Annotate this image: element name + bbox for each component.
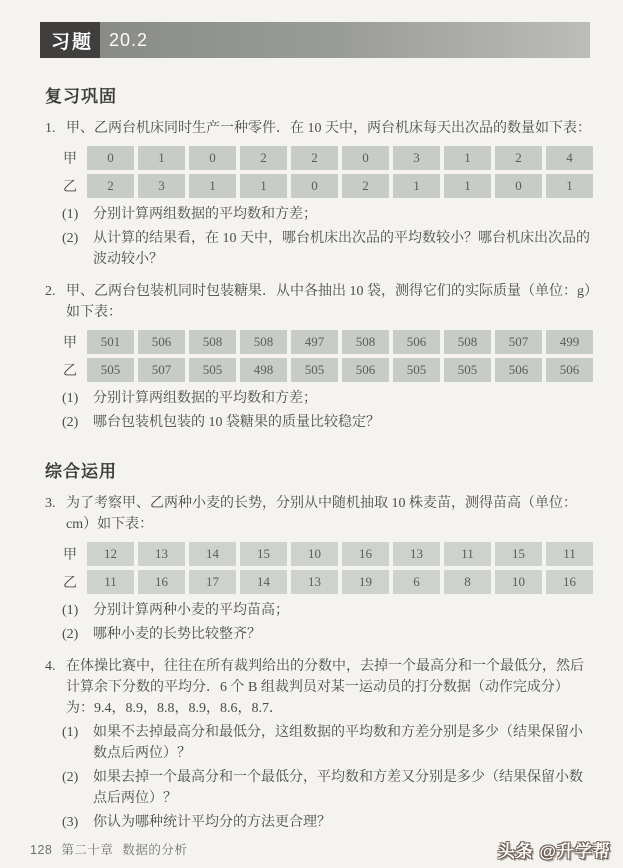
subquestion-text: 哪种小麦的长势比较整齐？ <box>93 624 593 645</box>
table-cell: 13 <box>291 570 338 594</box>
table-cell: 12 <box>87 542 134 566</box>
table-cell: 11 <box>444 542 491 566</box>
table-cell: 13 <box>138 542 185 566</box>
table-cell: 10 <box>495 570 542 594</box>
problem-2-subquestion-1: (1) 分别计算两组数据的平均数和方差； <box>45 388 593 409</box>
table-problem-2: 甲501506508508497508506508507499乙50550750… <box>57 330 593 382</box>
table-cell: 15 <box>240 542 287 566</box>
subquestion-marker: (2) <box>62 228 93 270</box>
table-cell: 505 <box>87 358 134 382</box>
subquestion-marker: (1) <box>62 722 93 764</box>
problem-text: 甲、乙两台机床同时生产一种零件．在 10 天中，两台机床每天出次品的数量如下表： <box>66 118 593 139</box>
table-cell: 501 <box>87 330 134 354</box>
section-title-review: 复习巩固 <box>45 82 593 107</box>
row-label: 甲 <box>57 542 83 566</box>
table-cell: 10 <box>291 542 338 566</box>
problem-4: 4. 在体操比赛中，往往在所有裁判给出的分数中，去掉一个最高分和一个最低分，然后… <box>45 656 593 719</box>
table-cell: 17 <box>189 570 236 594</box>
table-cell: 2 <box>87 174 134 198</box>
table-cell: 507 <box>138 358 185 382</box>
problem-number: 3. <box>45 493 66 535</box>
table-cell: 6 <box>393 570 440 594</box>
subquestion-text: 哪台包装机包装的 10 袋糖果的质量比较稳定？ <box>93 412 593 433</box>
table-row: 甲12131415101613111511 <box>57 542 593 566</box>
problem-2-subquestion-2: (2) 哪台包装机包装的 10 袋糖果的质量比较稳定？ <box>45 412 593 433</box>
table-row: 甲0102203124 <box>57 146 593 170</box>
row-label: 乙 <box>57 358 83 382</box>
table-cell: 3 <box>393 146 440 170</box>
problem-2: 2. 甲、乙两台包装机同时包装糖果．从中各抽出 10 袋，测得它们的实际质量（单… <box>45 281 593 323</box>
page-footer: 128第二十章数据的分析 <box>30 840 187 858</box>
table-cell: 1 <box>546 174 593 198</box>
row-label: 甲 <box>57 330 83 354</box>
table-cell: 8 <box>444 570 491 594</box>
subquestion-text: 你认为哪种统计平均分的方法更合理？ <box>93 812 593 833</box>
table-cell: 497 <box>291 330 338 354</box>
table-cell: 505 <box>393 358 440 382</box>
table-cell: 505 <box>444 358 491 382</box>
problem-text: 为了考察甲、乙两种小麦的长势，分别从中随机抽取 10 株麦苗，测得苗高（单位：c… <box>66 493 593 535</box>
problem-1-subquestion-1: (1) 分别计算两组数据的平均数和方差； <box>45 204 593 225</box>
table-cell: 2 <box>240 146 287 170</box>
table-cell: 0 <box>291 174 338 198</box>
table-cell: 1 <box>189 174 236 198</box>
table-cell: 506 <box>495 358 542 382</box>
subquestion-marker: (1) <box>62 388 93 409</box>
subquestion-text: 如果去掉一个最高分和一个最低分，平均数和方差又分别是多少（结果保留小数点后两位）… <box>93 767 593 809</box>
problem-1-subquestion-2: (2) 从计算的结果看，在 10 天中，哪台机床出次品的平均数较小？哪台机床出次… <box>45 228 593 270</box>
problem-3-subquestion-2: (2) 哪种小麦的长势比较整齐？ <box>45 624 593 645</box>
page-number: 128 <box>30 843 52 857</box>
subquestion-text: 分别计算两组数据的平均数和方差； <box>93 204 593 225</box>
table-cell: 0 <box>342 146 389 170</box>
table-row: 甲501506508508497508506508507499 <box>57 330 593 354</box>
subquestion-marker: (2) <box>62 624 93 645</box>
subquestion-text: 从计算的结果看，在 10 天中，哪台机床出次品的平均数较小？哪台机床出次品的波动… <box>93 228 593 270</box>
table-cell: 11 <box>546 542 593 566</box>
row-label: 乙 <box>57 570 83 594</box>
table-cell: 498 <box>240 358 287 382</box>
subquestion-marker: (2) <box>62 412 93 433</box>
page-content: 复习巩固 1. 甲、乙两台机床同时生产一种零件．在 10 天中，两台机床每天出次… <box>0 82 623 833</box>
problem-3-subquestion-1: (1) 分别计算两种小麦的平均苗高； <box>45 600 593 621</box>
problem-1: 1. 甲、乙两台机床同时生产一种零件．在 10 天中，两台机床每天出次品的数量如… <box>45 118 593 139</box>
table-cell: 4 <box>546 146 593 170</box>
table-cell: 506 <box>393 330 440 354</box>
problem-4-subquestion-2: (2) 如果去掉一个最高分和一个最低分，平均数和方差又分别是多少（结果保留小数点… <box>45 767 593 809</box>
problem-text: 在体操比赛中，往往在所有裁判给出的分数中，去掉一个最高分和一个最低分，然后计算余… <box>66 656 593 719</box>
table-cell: 15 <box>495 542 542 566</box>
table-cell: 508 <box>342 330 389 354</box>
table-cell: 19 <box>342 570 389 594</box>
table-row: 乙2311021101 <box>57 174 593 198</box>
table-cell: 3 <box>138 174 185 198</box>
table-cell: 0 <box>87 146 134 170</box>
subquestion-marker: (1) <box>62 600 93 621</box>
table-cell: 2 <box>495 146 542 170</box>
table-problem-1: 甲0102203124乙2311021101 <box>57 146 593 198</box>
table-cell: 508 <box>444 330 491 354</box>
exercise-header-bar: 习题 20.2 <box>40 22 590 58</box>
row-label: 甲 <box>57 146 83 170</box>
table-cell: 16 <box>546 570 593 594</box>
table-cell: 499 <box>546 330 593 354</box>
section-title-comprehensive: 综合运用 <box>45 457 593 482</box>
subquestion-text: 分别计算两种小麦的平均苗高； <box>93 600 593 621</box>
table-cell: 1 <box>240 174 287 198</box>
row-label: 乙 <box>57 174 83 198</box>
table-cell: 16 <box>138 570 185 594</box>
problem-number: 1. <box>45 118 66 139</box>
table-cell: 1 <box>444 146 491 170</box>
table-cell: 508 <box>240 330 287 354</box>
table-cell: 505 <box>189 358 236 382</box>
problem-number: 2. <box>45 281 66 323</box>
table-cell: 2 <box>291 146 338 170</box>
table-cell: 11 <box>87 570 134 594</box>
table-cell: 507 <box>495 330 542 354</box>
chapter-number: 第二十章 <box>61 843 113 857</box>
table-row: 乙111617141319681016 <box>57 570 593 594</box>
table-cell: 14 <box>189 542 236 566</box>
table-cell: 16 <box>342 542 389 566</box>
watermark: 头条 @升学帮 <box>498 837 611 862</box>
table-cell: 2 <box>342 174 389 198</box>
problem-number: 4. <box>45 656 66 719</box>
subquestion-marker: (3) <box>62 812 93 833</box>
problem-text: 甲、乙两台包装机同时包装糖果．从中各抽出 10 袋，测得它们的实际质量（单位：g… <box>66 281 593 323</box>
table-cell: 1 <box>138 146 185 170</box>
subquestion-text: 如果不去掉最高分和最低分，这组数据的平均数和方差分别是多少（结果保留小数点后两位… <box>93 722 593 764</box>
table-cell: 505 <box>291 358 338 382</box>
table-cell: 1 <box>444 174 491 198</box>
table-cell: 506 <box>138 330 185 354</box>
exercise-number: 20.2 <box>109 30 148 51</box>
subquestion-text: 分别计算两组数据的平均数和方差； <box>93 388 593 409</box>
problem-3: 3. 为了考察甲、乙两种小麦的长势，分别从中随机抽取 10 株麦苗，测得苗高（单… <box>45 493 593 535</box>
problem-4-subquestion-1: (1) 如果不去掉最高分和最低分，这组数据的平均数和方差分别是多少（结果保留小数… <box>45 722 593 764</box>
textbook-page: 习题 20.2 复习巩固 1. 甲、乙两台机床同时生产一种零件．在 10 天中，… <box>0 0 623 868</box>
table-row: 乙505507505498505506505505506506 <box>57 358 593 382</box>
table-cell: 1 <box>393 174 440 198</box>
table-cell: 0 <box>189 146 236 170</box>
subquestion-marker: (1) <box>62 204 93 225</box>
subquestion-marker: (2) <box>62 767 93 809</box>
chapter-title: 数据的分析 <box>122 843 187 857</box>
problem-4-subquestion-3: (3) 你认为哪种统计平均分的方法更合理？ <box>45 812 593 833</box>
table-cell: 506 <box>546 358 593 382</box>
exercise-badge: 习题 <box>40 22 100 58</box>
table-problem-3: 甲12131415101613111511乙111617141319681016 <box>57 542 593 594</box>
table-cell: 508 <box>189 330 236 354</box>
table-cell: 0 <box>495 174 542 198</box>
table-cell: 506 <box>342 358 389 382</box>
table-cell: 14 <box>240 570 287 594</box>
table-cell: 13 <box>393 542 440 566</box>
